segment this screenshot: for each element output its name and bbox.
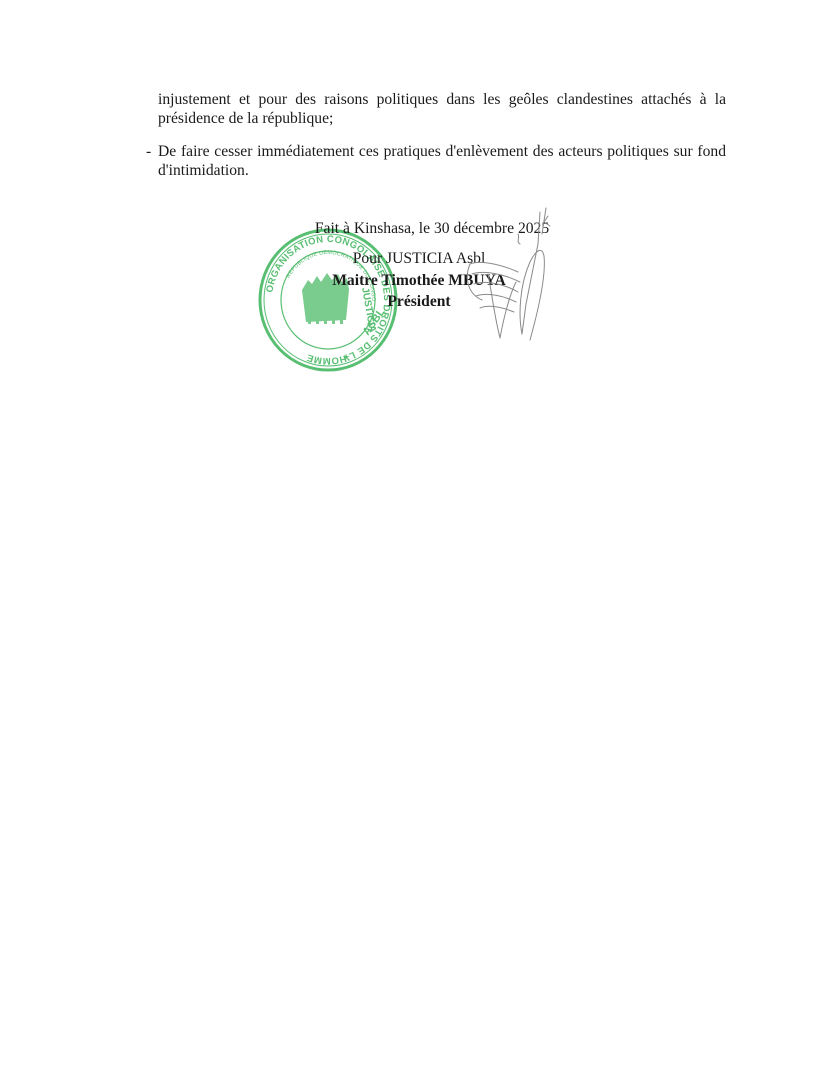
- bullet-list-item: - De faire cesser immédiatement ces prat…: [146, 142, 726, 180]
- document-body: injustement et pour des raisons politiqu…: [146, 90, 726, 180]
- signature-block: ORGANISATION CONGOLAISE DES DROITS DE L'…: [250, 218, 580, 388]
- document-page: injustement et pour des raisons politiqu…: [0, 0, 823, 1080]
- bullet-marker: -: [146, 142, 151, 161]
- bullet-text: De faire cesser immédiatement ces pratiq…: [158, 143, 726, 179]
- paragraph-continuation: injustement et pour des raisons politiqu…: [146, 90, 726, 128]
- svg-text:★: ★: [342, 353, 350, 363]
- handwritten-signature-icon: [460, 204, 570, 354]
